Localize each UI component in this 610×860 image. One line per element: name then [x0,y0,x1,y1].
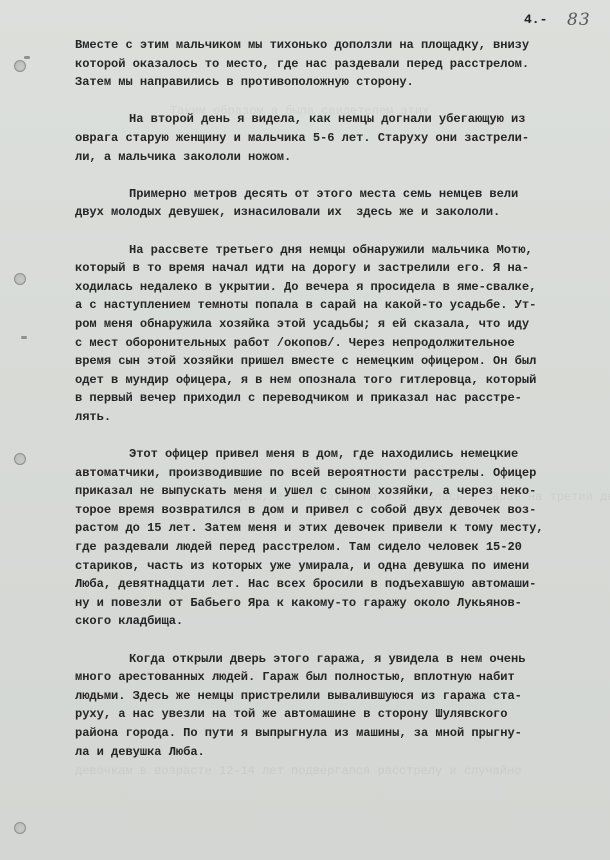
paragraph: На второй день я видела, как немцы догна… [75,110,595,166]
text-line: время сын этой хозяйки пришел вместе с н… [75,352,595,371]
text-line: Вместе с этим мальчиком мы тихонько допо… [75,36,595,55]
text-line: ского кладбища. [75,612,595,631]
paragraph: На рассвете третьего дня немцы обнаружил… [75,241,595,427]
text-line: растом до 15 лет. Затем меня и этих дево… [75,519,595,538]
text-line: Когда открыли дверь этого гаража, я увид… [75,650,595,669]
punch-hole-mark [14,60,26,72]
punch-hole-mark [24,56,30,59]
text-line: Примерно метров десять от этого места се… [75,185,595,204]
page-number: 4.- [524,12,547,27]
paragraph: Примерно метров десять от этого места се… [75,185,595,222]
text-line: На рассвете третьего дня немцы обнаружил… [75,241,595,260]
text-line: ходилась недалеко в укрытии. До вечера я… [75,278,595,297]
text-line: На второй день я видела, как немцы догна… [75,110,595,129]
text-line: руху, а нас увезли на той же автомашине … [75,705,595,724]
punch-hole-mark [14,822,26,834]
text-line: с мест оборонительных работ /окопов/. Че… [75,334,595,353]
text-line: которой оказалось то место, где нас разд… [75,55,595,74]
handwritten-folio-number: 83 [567,10,591,30]
punch-hole-mark [21,336,27,339]
document-page: Таким образом я была свидетелем этих Дом… [0,0,610,860]
text-line: района города. По пути я выпрыгнула из м… [75,724,595,743]
punch-hole-mark [14,453,26,465]
text-line: Затем мы направились в противоположную с… [75,73,595,92]
text-line: ла и девушка Люба. [75,743,595,762]
text-line: а с наступлением темноты попала в сарай … [75,296,595,315]
text-line: приказал не выпускать меня и ушел с сыно… [75,482,595,501]
text-line: где раздевали людей перед расстрелом. Та… [75,538,595,557]
paragraph: Вместе с этим мальчиком мы тихонько допо… [75,36,595,92]
text-line: Люба, девятнадцати лет. Нас всех бросили… [75,575,595,594]
text-line: одет в мундир офицера, я в нем опознала … [75,371,595,390]
text-line: в первый вечер приходил с переводчиком и… [75,389,595,408]
text-line: двух молодых девушек, изнасиловали их зд… [75,203,595,222]
paragraph: Этот офицер привел меня в дом, где наход… [75,445,595,631]
paragraph: Когда открыли дверь этого гаража, я увид… [75,650,595,762]
text-line: Этот офицер привел меня в дом, где наход… [75,445,595,464]
text-line: автоматчики, производившие по всей вероя… [75,464,595,483]
text-line: оврага старую женщину и мальчика 5-6 лет… [75,129,595,148]
text-line: ну и повезли от Бабьего Яра к какому-то … [75,594,595,613]
text-line: торое время возвратился в дом и привел с… [75,501,595,520]
text-line: который в то время начал идти на дорогу … [75,259,595,278]
typewritten-body: Вместе с этим мальчиком мы тихонько допо… [75,36,595,780]
text-line: людьми. Здесь же немцы пристрелили вывал… [75,687,595,706]
text-line: лять. [75,408,595,427]
punch-hole-mark [14,273,26,285]
text-line: стариков, часть из которых уже умирала, … [75,557,595,576]
text-line: ли, а мальчика закололи ножом. [75,148,595,167]
text-line: ром меня обнаружила хозяйка этой усадьбы… [75,315,595,334]
text-line: много арестованных людей. Гараж был полн… [75,668,595,687]
